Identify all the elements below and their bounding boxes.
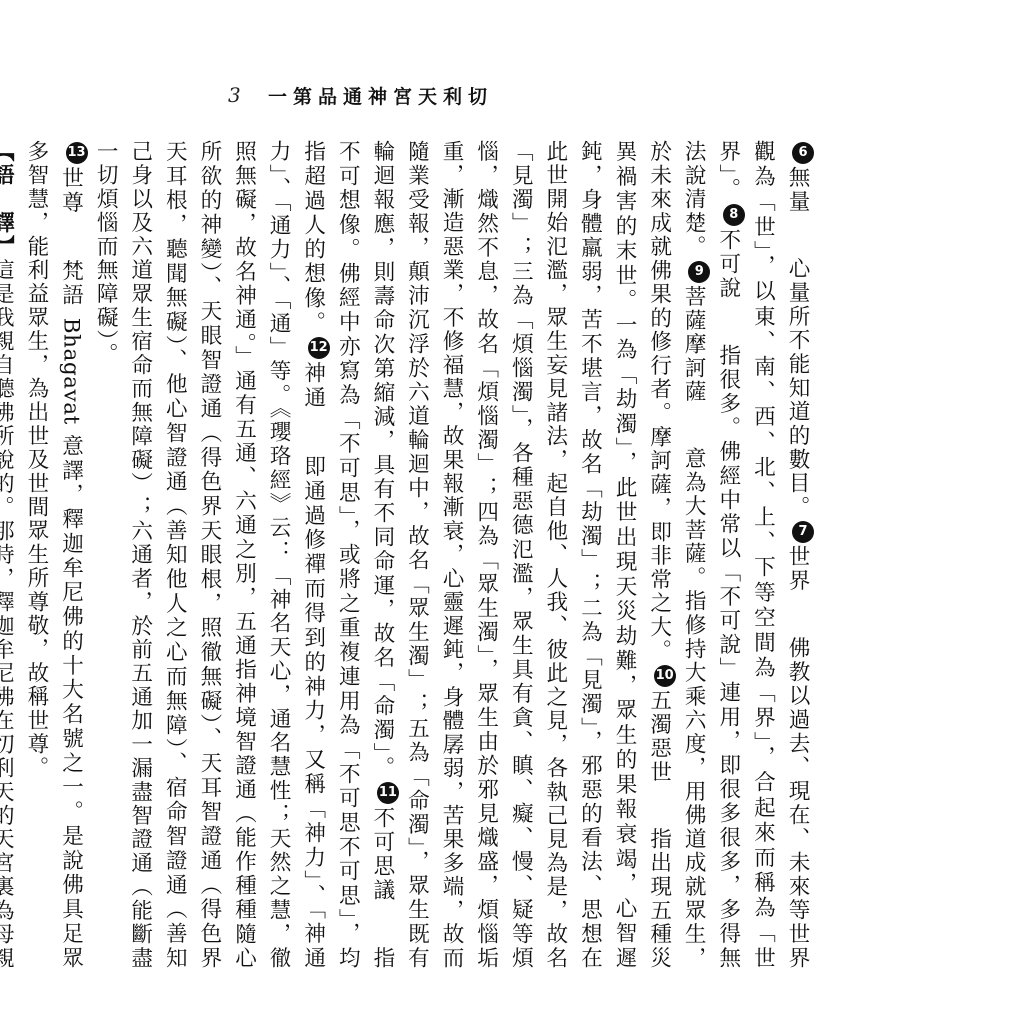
note-number-badge: 13: [66, 142, 88, 164]
note-text: 心量所不能知道的數目。: [785, 257, 810, 519]
note-number-badge: 11: [377, 782, 399, 804]
note-number-badge: 10: [654, 665, 676, 687]
sanskrit-term: Bhagavat: [59, 318, 84, 425]
note-term: 無量: [785, 166, 810, 214]
note-term: 神通: [301, 361, 326, 411]
note-number-badge: 6: [792, 142, 814, 164]
page-header: 3 一第品通神宮天利切: [228, 80, 493, 110]
note-number-badge: 12: [308, 337, 330, 359]
note-13: 13世尊梵語 Bhagavat 意譯，釋迦牟尼佛的十大名號之一。是說佛具足眾多智…: [18, 140, 87, 970]
note-6: 6無量心量所不能知道的數目。7世界佛教以過去、現在、未來等世界觀為「世」，以東、…: [88, 140, 814, 970]
note-term: 菩薩摩訶薩: [681, 285, 706, 404]
note-term: 世界: [785, 545, 810, 593]
note-text: 即通過修禪而得到的神力，又稱「神力」、「神通力」、「通力」、「通」等。《瓔珞經》…: [93, 140, 326, 970]
note-text: 指出現五種災異禍害的末世。一為「劫濁」，此世出現天災劫難，眾生的果報衰竭，心智遲…: [370, 140, 672, 970]
note-term: 五濁惡世: [647, 689, 672, 784]
note-number-badge: 8: [723, 204, 745, 226]
note-term: 不可思議: [370, 806, 395, 903]
note-term: 不可說: [716, 228, 741, 301]
book-page: 3 一第品通神宮天利切 6無量心量所不能知道的數目。7世界佛教以過去、現在、未來…: [0, 0, 1024, 1024]
note-number-badge: 9: [688, 261, 710, 283]
translation-label: 【語 譯】: [0, 140, 14, 259]
running-title: 一第品通神宮天利切: [268, 82, 493, 109]
note-text-prefix: 梵語: [59, 259, 84, 318]
note-number-badge: 7: [792, 521, 814, 543]
translation-text: 這是我親自聽佛所說的。那時，釋迦牟尼佛在忉利天的天宮裏為母親講授佛法。這時住在十…: [0, 140, 14, 970]
note-term: 世尊: [59, 166, 84, 215]
page-number: 3: [228, 83, 268, 107]
translation-paragraph: 【語 譯】這是我親自聽佛所說的。那時，釋迦牟尼佛在忉利天的天宮裏為母親講授佛法。…: [0, 140, 18, 970]
vertical-body-text: 6無量心量所不能知道的數目。7世界佛教以過去、現在、未來等世界觀為「世」，以東、…: [244, 140, 814, 970]
